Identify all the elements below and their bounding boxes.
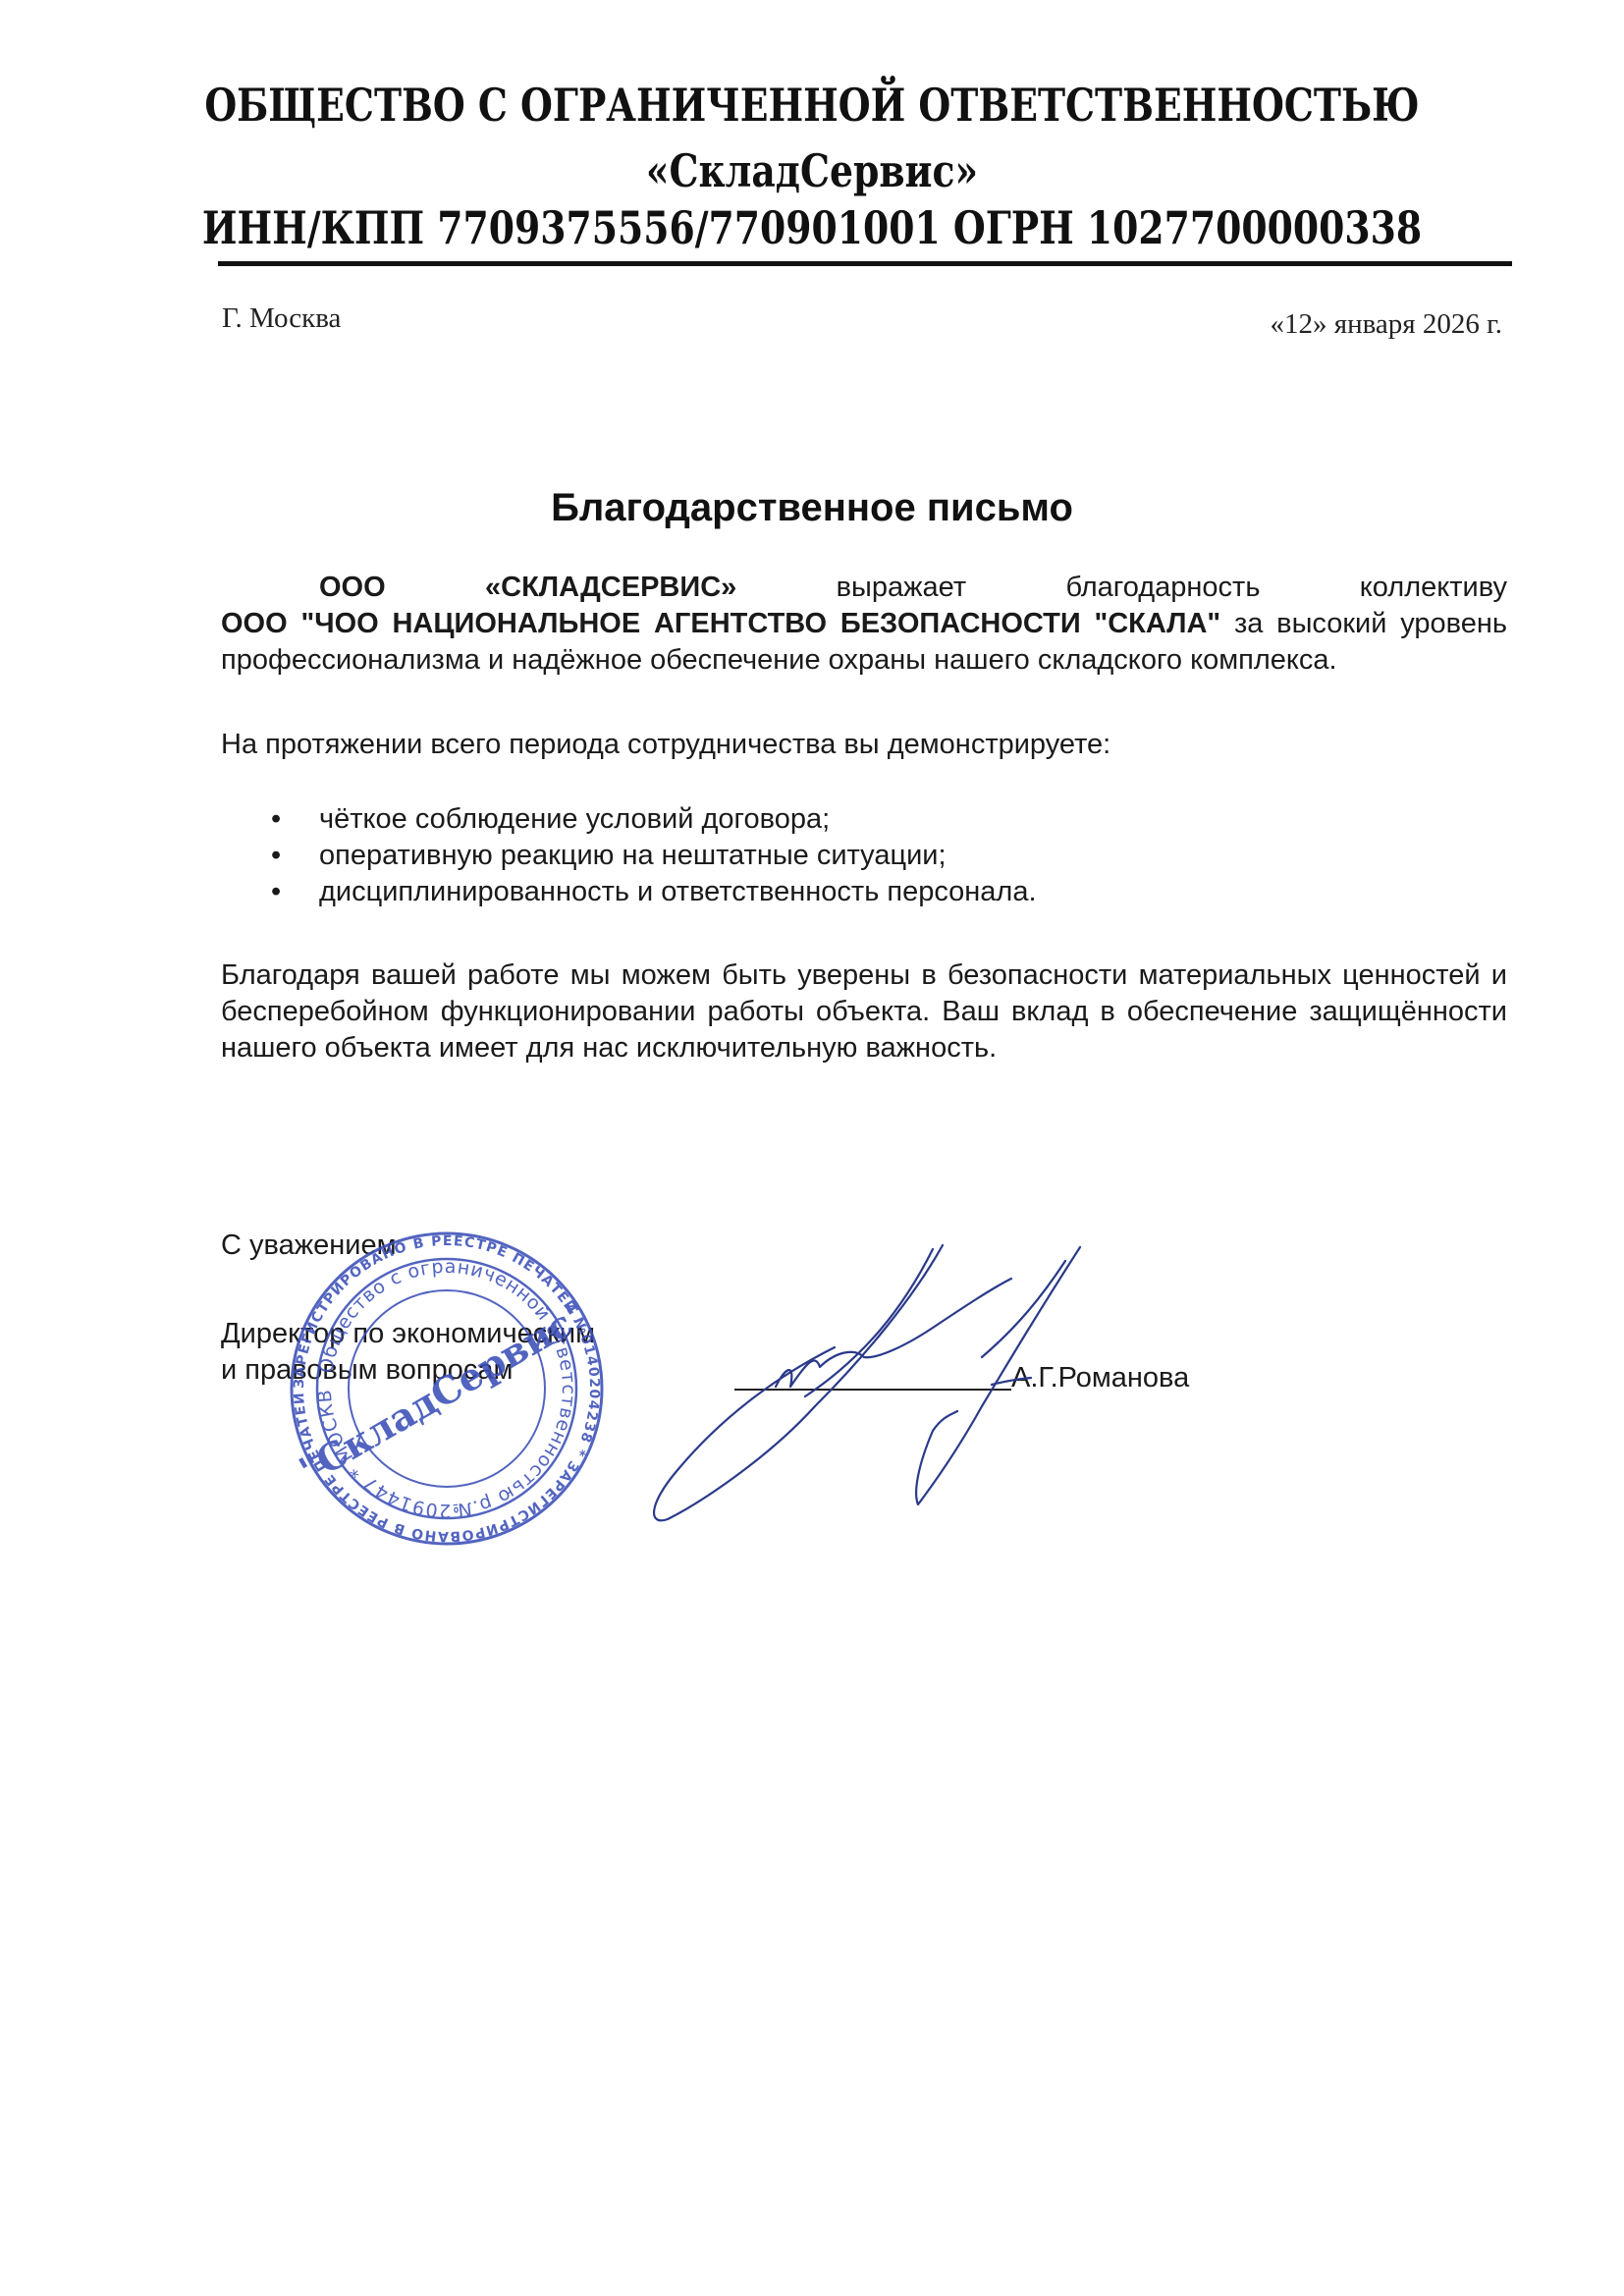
text-fragment: благодарность	[1065, 572, 1260, 603]
paragraph-intro-list: На протяжении всего периода сотрудничест…	[221, 727, 1507, 763]
letter-page: ОБЩЕСТВО С ОГРАНИЧЕННОЙ ОТВЕТСТВЕННОСТЬЮ…	[0, 0, 1624, 2296]
recipient-name: ООО "ЧОО НАЦИОНАЛЬНОЕ АГЕНТСТВО БЕЗОПАСН…	[221, 608, 1220, 639]
letterhead-company-form: ОБЩЕСТВО С ОГРАНИЧЕННОЙ ОТВЕТСТВЕННОСТЬЮ	[146, 79, 1478, 132]
text-fragment: выражает	[837, 572, 966, 603]
letter-place: Г. Москва	[222, 302, 341, 335]
company-seal-icon: ЗАРЕГИСТРИРОВАНО В РЕЕСТРЕ ПЕЧАТЕЙ №0140…	[288, 1230, 606, 1548]
list-item-text: дисциплинированность и ответственность п…	[319, 876, 1037, 907]
letterhead-registration-numbers: ИНН/КПП 7709375556/770901001 ОГРН 102770…	[146, 201, 1478, 254]
letterhead-company-name: «СкладСервис»	[146, 144, 1478, 197]
letter-title: Благодарственное письмо	[0, 486, 1624, 530]
bullet-icon: •	[271, 874, 281, 910]
list-item-text: чёткое соблюдение условий договора;	[319, 803, 830, 835]
qualities-list: •чёткое соблюдение условий договора; •оп…	[221, 801, 1037, 910]
letter-date: «12» января 2026 г.	[1270, 308, 1502, 341]
bullet-icon: •	[271, 801, 281, 838]
signature-icon	[619, 1239, 1168, 1534]
list-item: •оперативную реакцию на нештатные ситуац…	[221, 838, 1037, 874]
bullet-icon: •	[271, 838, 281, 874]
paragraph-conclusion: Благодаря вашей работе мы можем быть уве…	[221, 957, 1507, 1066]
paragraph-gratitude-first-line: ООО «СКЛАДСЕРВИС» выражает благодарность…	[221, 570, 1507, 606]
sender-form: ООО	[319, 572, 386, 603]
list-item: •дисциплинированность и ответственность …	[221, 874, 1037, 910]
paragraph-gratitude: ООО «СКЛАДСЕРВИС» выражает благодарность…	[221, 570, 1507, 679]
list-item: •чёткое соблюдение условий договора;	[221, 801, 1037, 838]
letterhead-divider	[218, 261, 1512, 266]
sender-name: «СКЛАДСЕРВИС»	[485, 572, 736, 603]
text-fragment: коллективу	[1360, 572, 1507, 603]
list-item-text: оперативную реакцию на нештатные ситуаци…	[319, 840, 947, 871]
